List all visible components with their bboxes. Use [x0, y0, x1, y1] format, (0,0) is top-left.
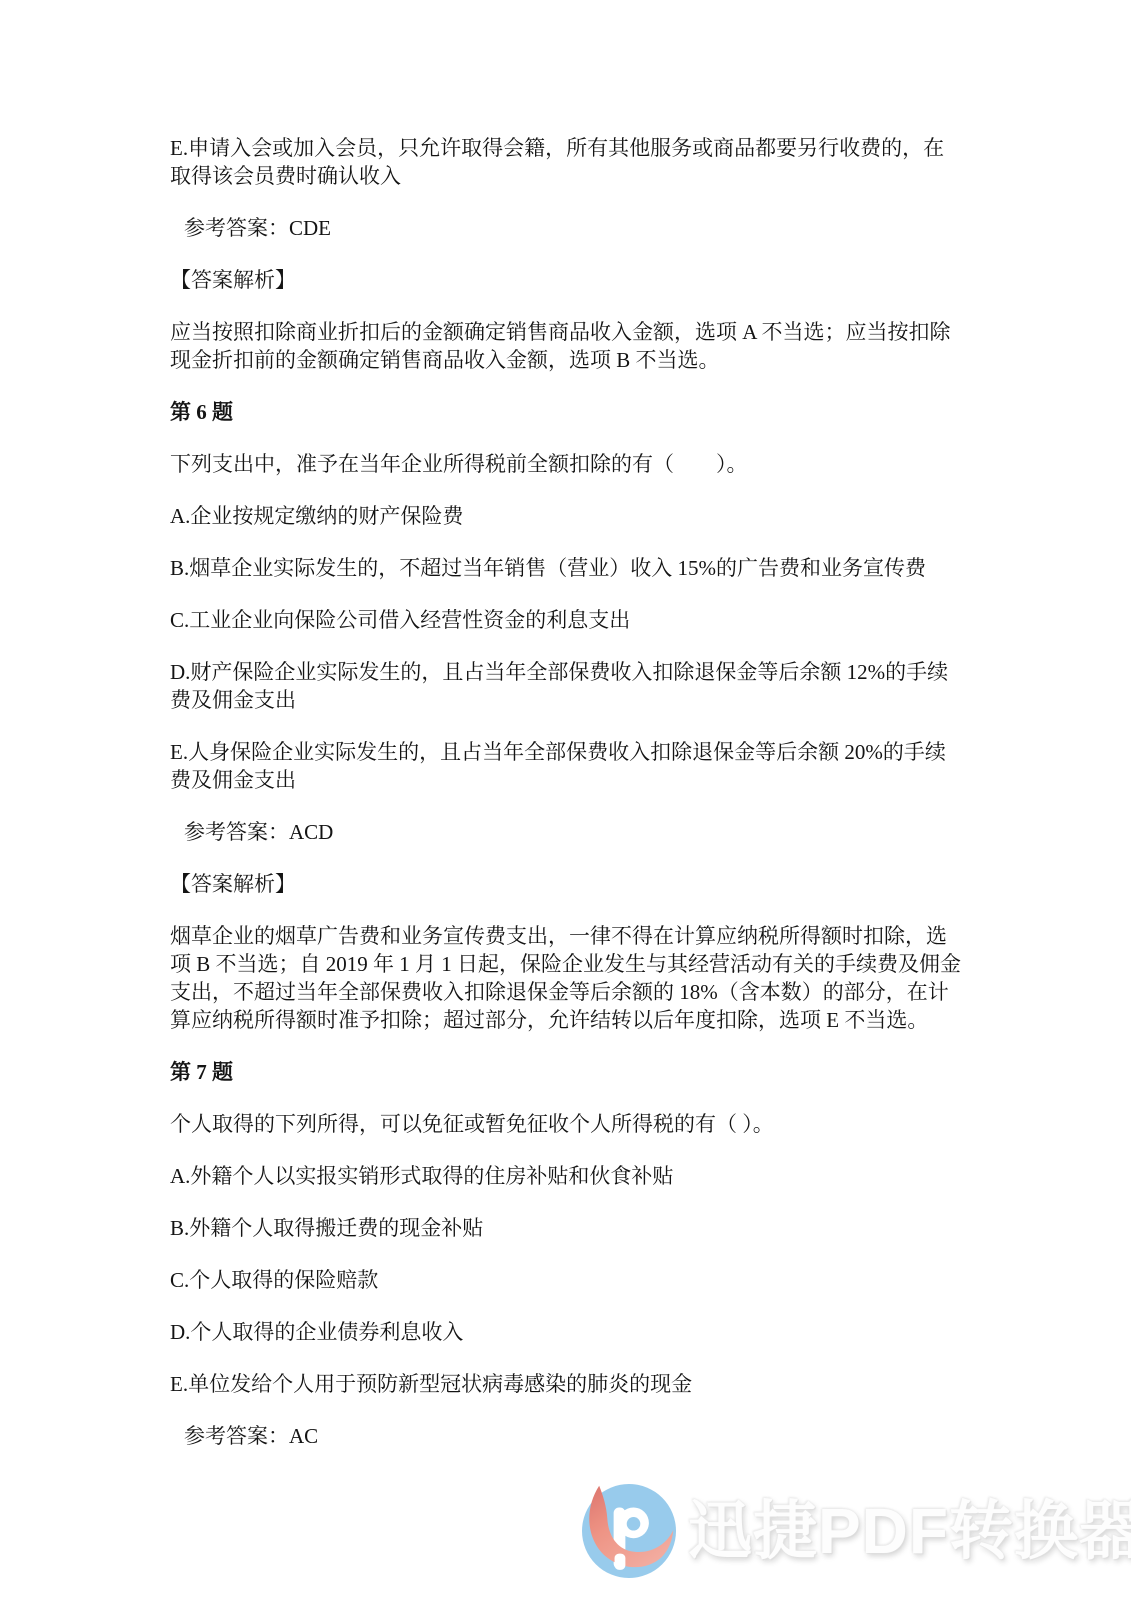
- watermark: 迅捷PDF转换器: [582, 1484, 1131, 1578]
- q6-option-b: B.烟草企业实际发生的，不超过当年销售（营业）收入 15%的广告费和业务宣传费: [170, 554, 965, 582]
- question-6-title: 第 6 题: [170, 398, 965, 426]
- q5-option-e: E.申请入会或加入会员，只允许取得会籍，所有其他服务或商品都要另行收费的，在取得…: [170, 134, 965, 190]
- q7-reference-answer: 参考答案：AC: [170, 1422, 965, 1450]
- q6-option-c: C.工业企业向保险公司借入经营性资金的利息支出: [170, 606, 965, 634]
- q5-analysis-text: 应当按照扣除商业折扣后的金额确定销售商品收入金额，选项 A 不当选；应当按扣除现…: [170, 318, 965, 374]
- watermark-text: 迅捷PDF转换器: [688, 1484, 1131, 1578]
- question-7-title: 第 7 题: [170, 1058, 965, 1086]
- q6-option-d: D.财产保险企业实际发生的，且占当年全部保费收入扣除退保金等后余额 12%的手续…: [170, 658, 965, 714]
- q6-reference-answer: 参考答案：ACD: [170, 818, 965, 846]
- q7-option-a: A.外籍个人以实报实销形式取得的住房补贴和伙食补贴: [170, 1162, 965, 1190]
- q5-reference-answer: 参考答案：CDE: [170, 214, 965, 242]
- question-7-stem: 个人取得的下列所得，可以免征或暂免征收个人所得税的有（ ）。: [170, 1110, 965, 1138]
- q7-option-d: D.个人取得的企业债券利息收入: [170, 1318, 965, 1346]
- answer-value: ACD: [289, 820, 333, 844]
- q7-option-e: E.单位发给个人用于预防新型冠状病毒感染的肺炎的现金: [170, 1370, 965, 1398]
- q7-option-c: C.个人取得的保险赔款: [170, 1266, 965, 1294]
- answer-label: 参考答案：: [184, 820, 289, 844]
- q6-option-a: A.企业按规定缴纳的财产保险费: [170, 502, 965, 530]
- answer-label: 参考答案：: [184, 1424, 289, 1448]
- q6-analysis-text: 烟草企业的烟草广告费和业务宣传费支出，一律不得在计算应纳税所得额时扣除，选项 B…: [170, 922, 965, 1034]
- answer-value: CDE: [289, 216, 331, 240]
- document-page: E.申请入会或加入会员，只允许取得会籍，所有其他服务或商品都要另行收费的，在取得…: [0, 0, 1131, 1450]
- q6-option-e: E.人身保险企业实际发生的，且占当年全部保费收入扣除退保金等后余额 20%的手续…: [170, 738, 965, 794]
- answer-label: 参考答案：: [184, 216, 289, 240]
- pdf-converter-logo-icon: [582, 1484, 676, 1578]
- q5-analysis-header: 【答案解析】: [170, 266, 965, 294]
- q6-analysis-header: 【答案解析】: [170, 870, 965, 898]
- question-6-stem: 下列支出中，准予在当年企业所得税前全额扣除的有（ ）。: [170, 450, 965, 478]
- q7-option-b: B.外籍个人取得搬迁费的现金补贴: [170, 1214, 965, 1242]
- answer-value: AC: [289, 1424, 318, 1448]
